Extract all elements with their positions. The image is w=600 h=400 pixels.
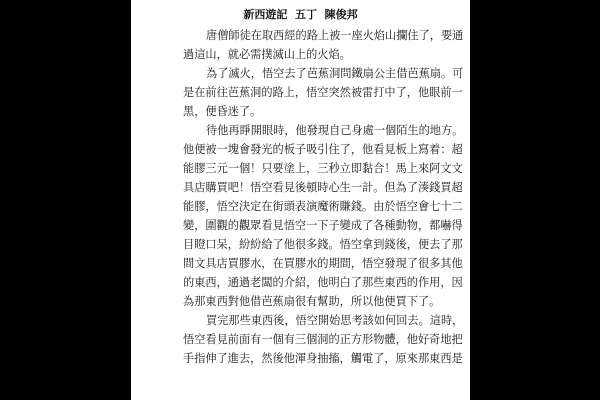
text-line: 能膠三元一個！只要塗上，三秒立即黏合！馬上來阿文文	[183, 159, 421, 178]
text-line: 待他再睜開眼時，他發現自己身處一個陌生的地方。	[183, 121, 421, 140]
text-line: 變，圍觀的觀眾看見悟空一下子變成了各種動物，都嚇得	[183, 216, 421, 235]
text-line: 買完那些東西後，悟空開始思考該如何回去。這時，	[183, 311, 421, 330]
text-line: 為那東西對他借芭蕉扇很有幫助，所以他便買下了。	[183, 292, 421, 311]
text-line: 能膠，悟空決定在街頭表演魔術賺錢。由於悟空會七十二	[183, 197, 421, 216]
text-line: 間文具店買膠水，在買膠水的期間，悟空發現了很多其他	[183, 254, 421, 273]
text-line: 具店購買吧！悟空看見後頓時心生一計。但為了湊錢買超	[183, 178, 421, 197]
document-title: 新西遊記 五丁 陳俊邦	[131, 6, 470, 24]
document-page: 新西遊記 五丁 陳俊邦 唐僧師徒在取西經的路上被一座火焰山攔住了，要通 過這山，…	[131, 0, 470, 400]
text-line: 唐僧師徒在取西經的路上被一座火焰山攔住了，要通	[183, 26, 421, 45]
text-line: 黑，便昏迷了。	[183, 102, 421, 121]
text-line: 為了滅火，悟空去了芭蕉洞問鐵扇公主借芭蕉扇。可	[183, 64, 421, 83]
text-line: 目瞪口呆，紛紛給了他很多錢。悟空拿到錢後，便去了那	[183, 235, 421, 254]
story-body: 唐僧師徒在取西經的路上被一座火焰山攔住了，要通 過這山，就必需撲滅山上的火焰。 …	[183, 26, 421, 368]
text-line: 過這山，就必需撲滅山上的火焰。	[183, 45, 421, 64]
text-line: 手指伸了進去，然後他渾身抽搐，觸電了，原來那東西是	[183, 349, 421, 368]
text-line: 的東西，通過老闆的介紹，他明白了那些東西的作用，因	[183, 273, 421, 292]
text-line: 悟空看見前面有一個有三個洞的正方形物體，他好奇地把	[183, 330, 421, 349]
text-line: 他便被一塊會發光的板子吸引住了，他看見板上寫着：超	[183, 140, 421, 159]
text-line: 是在前往芭蕉洞的路上，悟空突然被雷打中了，他眼前一	[183, 83, 421, 102]
